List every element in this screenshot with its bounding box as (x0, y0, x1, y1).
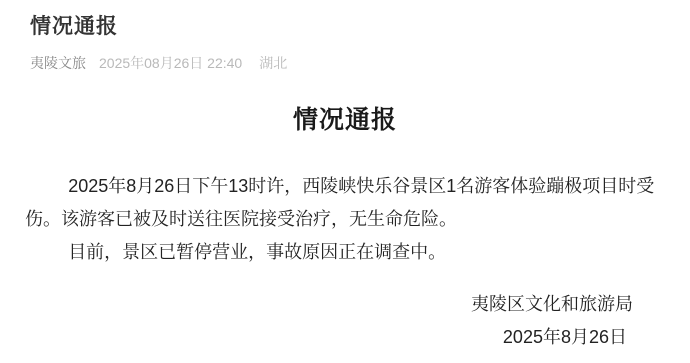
article-header: 情况通报 夷陵文旅 2025年08月26日 22:40 湖北 (0, 0, 690, 72)
publish-location: 湖北 (259, 54, 287, 72)
source-account-link[interactable]: 夷陵文旅 (30, 54, 86, 72)
body-paragraph-1: 2025年8月26日下午13时许，西陵峡快乐谷景区1名游客体验蹦极项目时受伤。该… (25, 170, 665, 236)
byline: 夷陵文旅 2025年08月26日 22:40 湖北 (30, 54, 660, 72)
notice-body: 2025年8月26日下午13时许，西陵峡快乐谷景区1名游客体验蹦极项目时受伤。该… (0, 170, 690, 269)
publish-timestamp: 2025年08月26日 22:40 (99, 54, 242, 72)
page-title: 情况通报 (30, 14, 660, 40)
signature-block: 夷陵区文化和旅游局 2025年8月26日 (0, 288, 690, 354)
signature-date: 2025年8月26日 (0, 321, 690, 354)
body-paragraph-2: 目前，景区已暂停营业，事故原因正在调查中。 (25, 236, 665, 269)
signature-author: 夷陵区文化和旅游局 (0, 288, 690, 321)
article-page: 情况通报 夷陵文旅 2025年08月26日 22:40 湖北 情况通报 2025… (0, 0, 690, 363)
notice-heading: 情况通报 (0, 104, 690, 137)
